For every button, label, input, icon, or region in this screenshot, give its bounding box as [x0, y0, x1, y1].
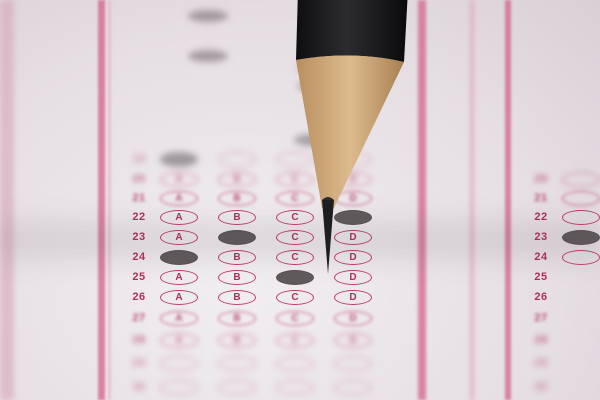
bubble-c[interactable]: C [276, 333, 314, 348]
answer-row: 28 [520, 331, 562, 349]
bubble-d[interactable]: D [334, 333, 372, 348]
bubble-b[interactable]: B [218, 333, 256, 348]
answer-row: 27 [520, 309, 562, 327]
sheet-border-stripe [505, 0, 511, 400]
bubble-a[interactable]: A [160, 311, 198, 326]
answer-row: 29 [118, 354, 392, 372]
answer-row: 30 [118, 378, 392, 396]
bubble-d[interactable] [334, 380, 372, 395]
bubble-a[interactable]: A [160, 290, 198, 305]
bubble-a[interactable] [160, 152, 198, 167]
answer-row: 28 A B C D [118, 331, 392, 349]
answer-row: 27 A B C D [118, 309, 392, 327]
bubble-b[interactable]: B [218, 290, 256, 305]
sheet-border-stripe [98, 0, 105, 400]
bubble-b[interactable] [218, 380, 256, 395]
answer-column-right: 20 21 22 23 24 25 26 27 28 29 30 [520, 0, 600, 400]
bubble-c[interactable] [276, 380, 314, 395]
bubble-d[interactable]: D [334, 290, 372, 305]
bubble-c[interactable]: C [276, 311, 314, 326]
bubble-a[interactable]: A [160, 333, 198, 348]
answer-row: 20 [520, 170, 600, 188]
bubble-a[interactable] [562, 191, 600, 206]
bubble-b[interactable] [218, 356, 256, 371]
bubble-a[interactable]: A [160, 172, 198, 187]
answer-row: 26 A B C D [118, 288, 392, 306]
bubble-b[interactable]: B [218, 172, 256, 187]
bubble-b[interactable] [218, 152, 256, 167]
answer-row: 30 [520, 378, 562, 396]
bubble-a[interactable] [160, 380, 198, 395]
bubble-a[interactable]: A [160, 191, 198, 206]
bubble-d[interactable]: D [334, 311, 372, 326]
bubble-b[interactable]: B [218, 311, 256, 326]
photo-scene: 19 20 A B C D 21 A B C D 22 A B C 2 [0, 0, 600, 400]
sheet-border-stripe [0, 0, 14, 400]
bubble-c[interactable] [276, 356, 314, 371]
answer-row: 29 [520, 354, 562, 372]
bubble-a[interactable] [160, 356, 198, 371]
pencil-icon [292, 0, 412, 280]
bubble-a[interactable] [562, 172, 600, 187]
bubble-d[interactable] [334, 356, 372, 371]
answer-row: 26 [520, 288, 562, 306]
bubble-c[interactable]: C [276, 290, 314, 305]
bubble-b[interactable]: B [218, 191, 256, 206]
sheet-border-stripe [108, 0, 111, 400]
